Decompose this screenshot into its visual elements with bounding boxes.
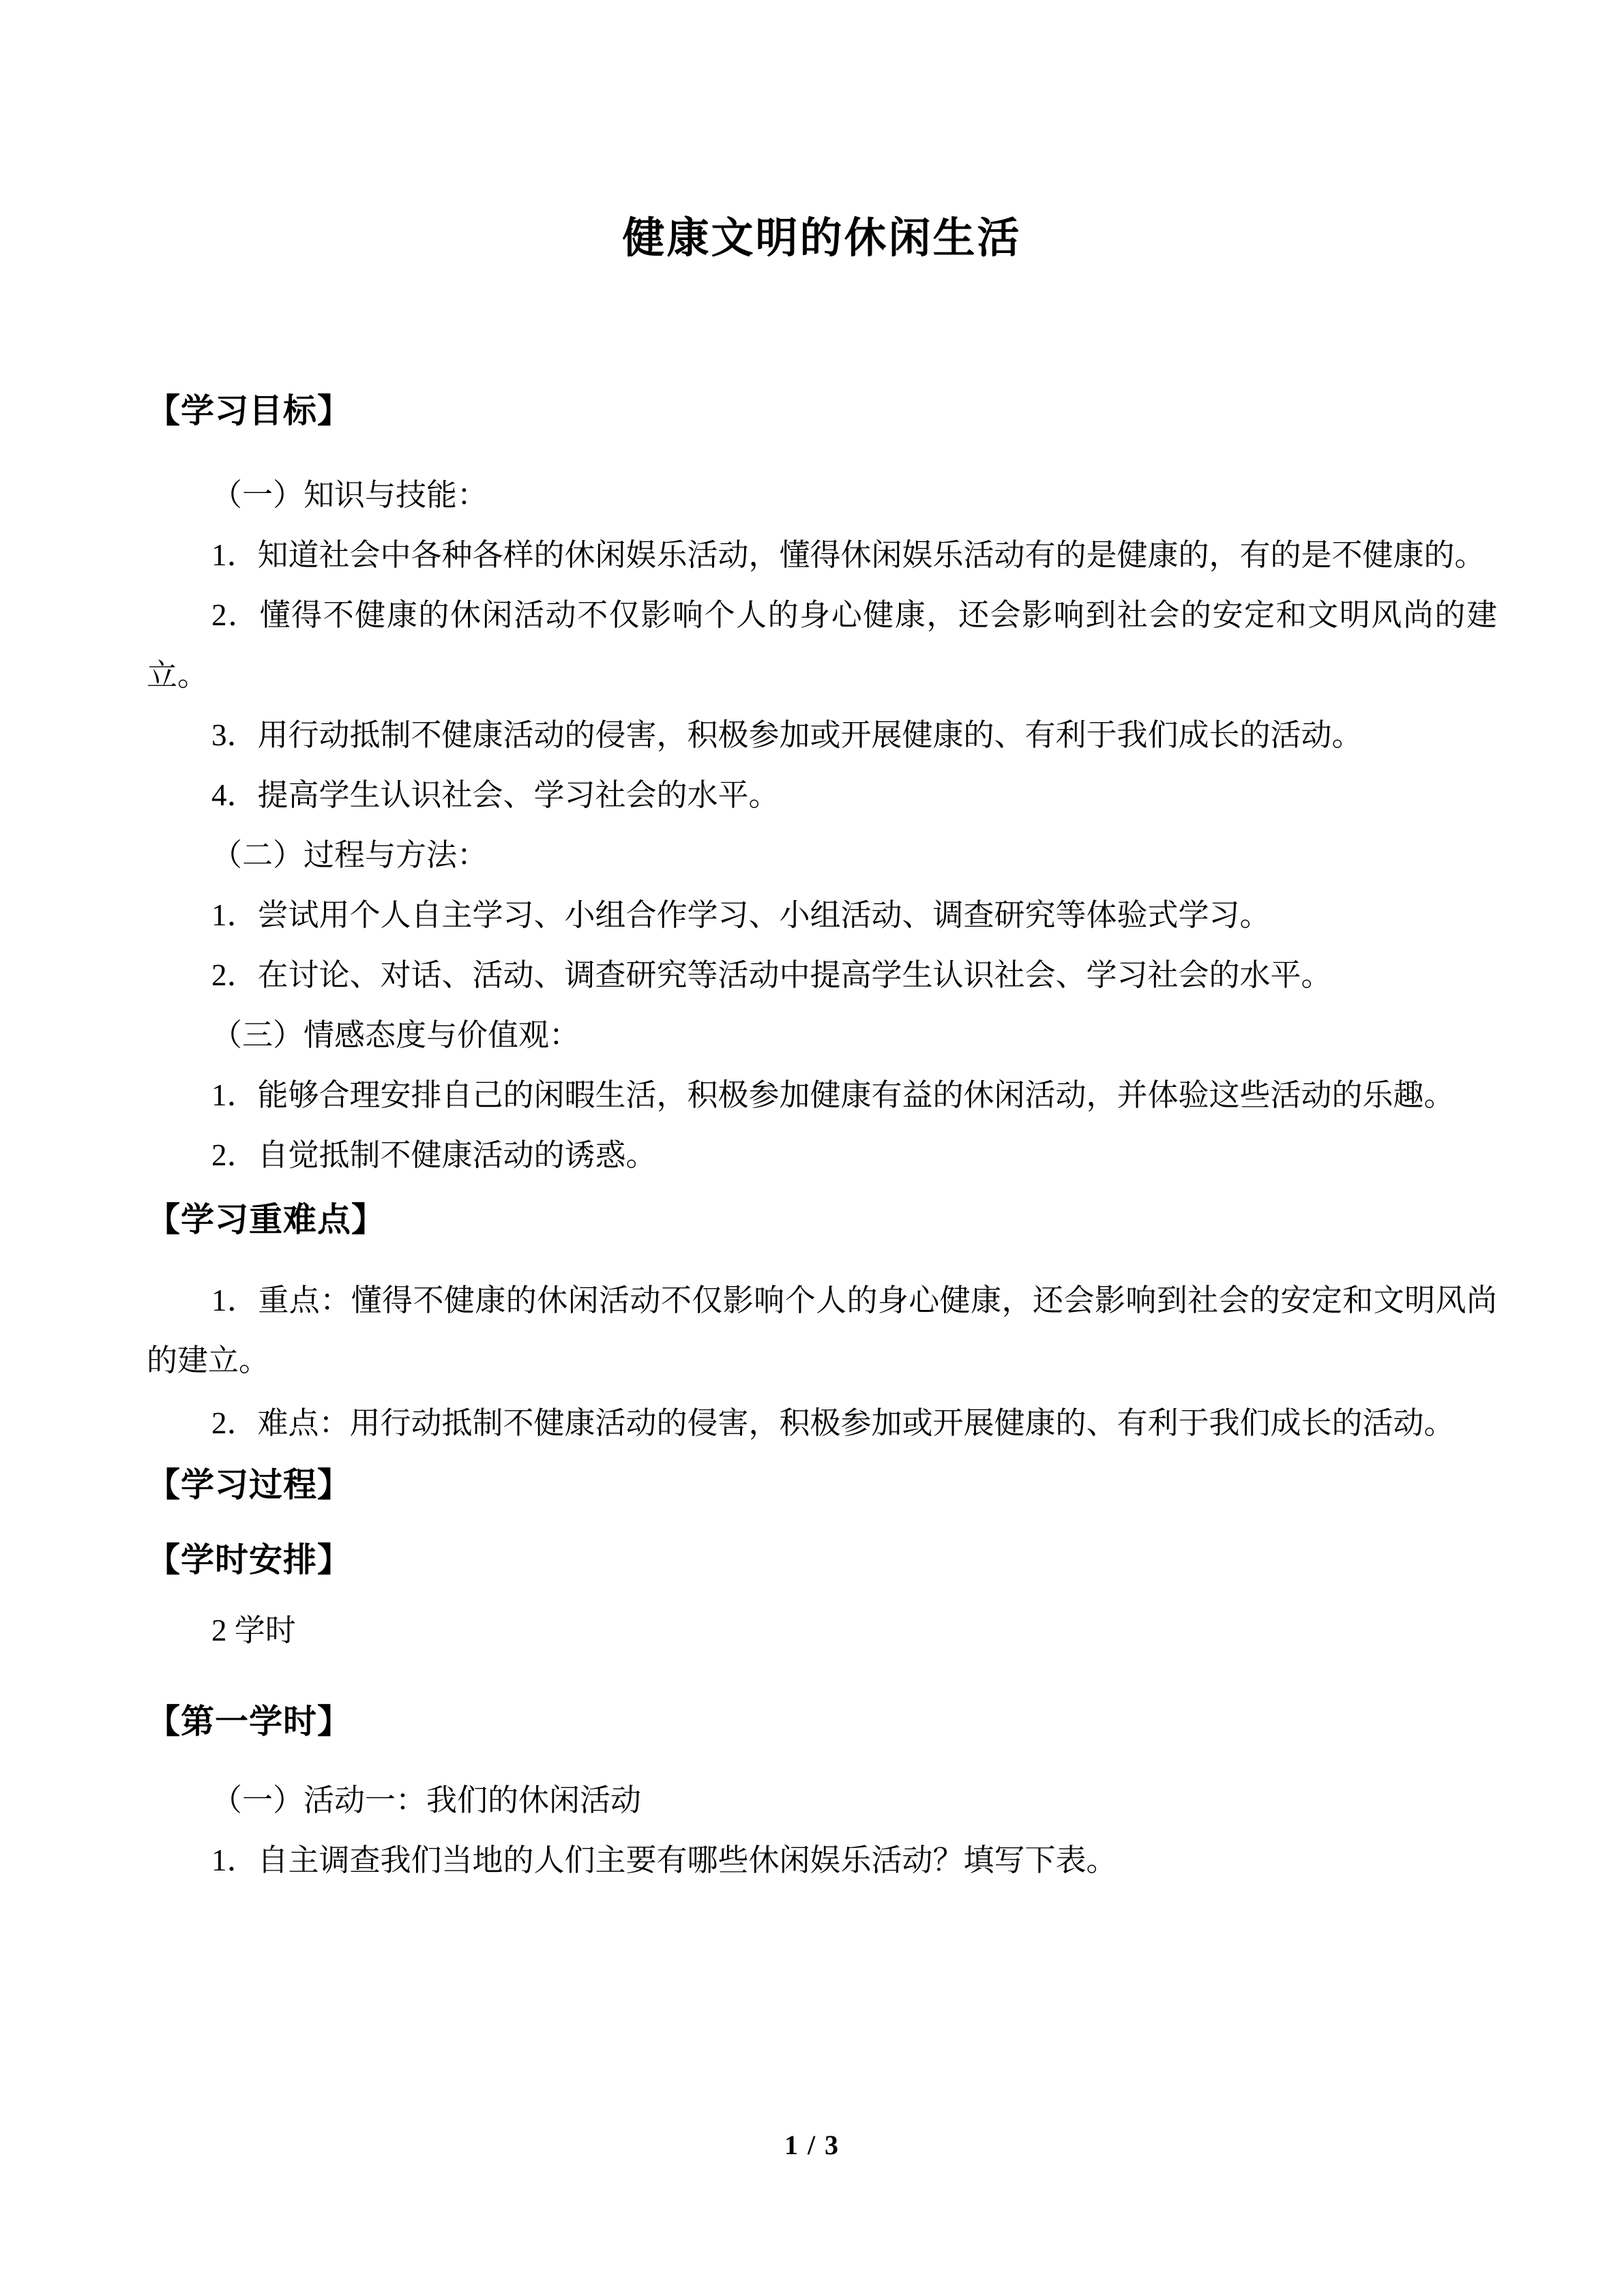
section-heading-key-difficult-points: 【学习重难点】 [147,1203,1497,1237]
paragraph-difficult-point: 2．难点：用行动抵制不健康活动的侵害，积极参加或开展健康的、有利于我们成长的活动… [147,1393,1497,1453]
page-number: 1 / 3 [0,2129,1624,2161]
paragraph-key-point: 1．重点：懂得不健康的休闲活动不仅影响个人的身心健康，还会影响到社会的安定和文明… [147,1270,1497,1390]
paragraph-value-1: 1．能够合理安排自己的闲暇生活，积极参加健康有益的休闲活动，并体验这些活动的乐趣… [147,1065,1497,1125]
document-page: 健康文明的休闲生活 【学习目标】 （一）知识与技能： 1．知道社会中各种各样的休… [0,0,1624,2296]
paragraph-knowledge-skills-label: （一）知识与技能： [147,465,1497,525]
paragraph-activity-one-task: 1．自主调查我们当地的人们主要有哪些休闲娱乐活动？填写下表。 [147,1830,1497,1890]
section-heading-learning-process: 【学习过程】 [147,1468,1497,1502]
document-content: 健康文明的休闲生活 【学习目标】 （一）知识与技能： 1．知道社会中各种各样的休… [147,0,1497,1890]
paragraph-method-2: 2．在讨论、对话、活动、调查研究等活动中提高学生认识社会、学习社会的水平。 [147,945,1497,1005]
section-heading-class-hours: 【学时安排】 [147,1543,1497,1577]
document-title: 健康文明的休闲生活 [147,217,1497,260]
section-heading-learning-objectives: 【学习目标】 [147,394,1497,428]
paragraph-objective-3: 3．用行动抵制不健康活动的侵害，积极参加或开展健康的、有利于我们成长的活动。 [147,705,1497,765]
section-heading-first-class-hour: 【第一学时】 [147,1705,1497,1739]
paragraph-method-1: 1．尝试用个人自主学习、小组合作学习、小组活动、调查研究等体验式学习。 [147,885,1497,945]
paragraph-activity-one-title: （一）活动一：我们的休闲活动 [147,1770,1497,1830]
paragraph-process-methods-label: （二）过程与方法： [147,825,1497,885]
paragraph-objective-1: 1．知道社会中各种各样的休闲娱乐活动，懂得休闲娱乐活动有的是健康的，有的是不健康… [147,525,1497,585]
paragraph-values-label: （三）情感态度与价值观： [147,1005,1497,1065]
paragraph-objective-4: 4．提高学生认识社会、学习社会的水平。 [147,765,1497,825]
paragraph-objective-2: 2．懂得不健康的休闲活动不仅影响个人的身心健康，还会影响到社会的安定和文明风尚的… [147,585,1497,705]
paragraph-value-2: 2．自觉抵制不健康活动的诱惑。 [147,1125,1497,1185]
paragraph-class-hours-value: 2 学时 [147,1600,1497,1660]
